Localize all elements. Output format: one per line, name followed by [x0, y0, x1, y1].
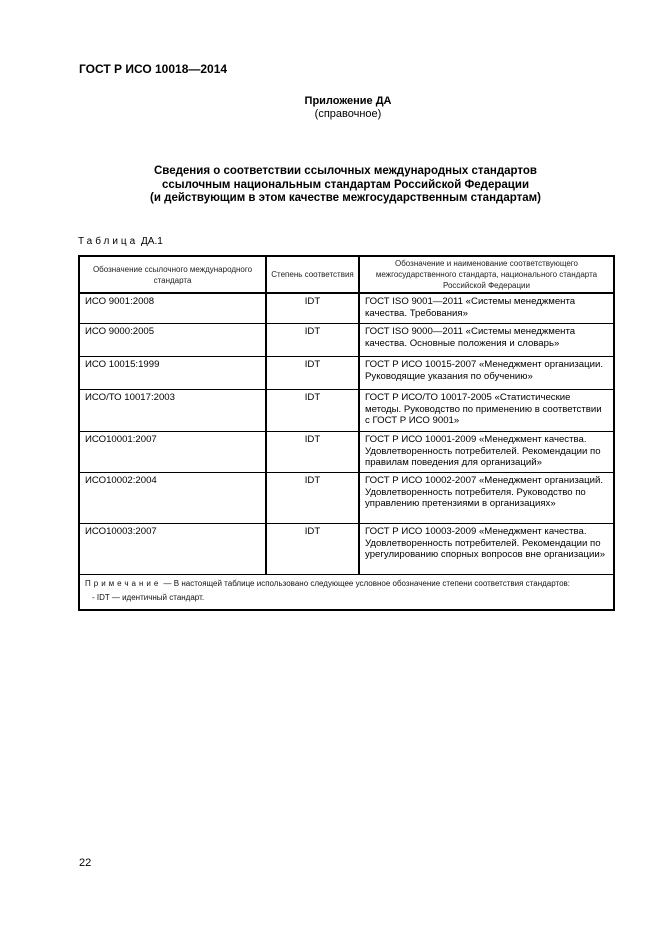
heading-line: Сведения о соответствии ссылочных междун…: [30, 165, 661, 179]
cell-national: ГОСТ Р ИСО/ТО 10017-2005 «Статистические…: [359, 390, 614, 432]
table-row: ИСО10001:2007 IDT ГОСТ Р ИСО 10001-2009 …: [79, 432, 614, 473]
table-row: ИСО/ТО 10017:2003 IDT ГОСТ Р ИСО/ТО 1001…: [79, 390, 614, 432]
note-text-block: Примечание — В настоящей таблице использ…: [85, 578, 608, 589]
column-header-national: Обозначение и наименование соответствующ…: [359, 256, 614, 293]
table-note: Примечание — В настоящей таблице использ…: [79, 575, 614, 611]
table-caption-label: Таблица: [78, 236, 138, 247]
heading-line: (и действующим в этом качестве межгосуда…: [30, 192, 661, 206]
heading-line: ссылочным национальным стандартам Россий…: [30, 179, 661, 193]
table-note-row: Примечание — В настоящей таблице использ…: [79, 575, 614, 611]
cell-degree: IDT: [266, 432, 359, 473]
table-row: ИСО10003:2007 IDT ГОСТ Р ИСО 10003-2009 …: [79, 524, 614, 575]
column-header-reference: Обозначение ссылочного международного ст…: [79, 256, 266, 293]
cell-national: ГОСТ Р ИСО 10001-2009 «Менеджмент качест…: [359, 432, 614, 473]
cell-degree: IDT: [266, 293, 359, 324]
note-dash: —: [161, 579, 173, 588]
table-row: ИСО 10015:1999 IDT ГОСТ Р ИСО 10015-2007…: [79, 357, 614, 390]
cell-reference: ИСО10002:2004: [79, 473, 266, 524]
table-row: ИСО 9001:2008 IDT ГОСТ ISO 9001—2011 «Си…: [79, 293, 614, 324]
cell-degree: IDT: [266, 524, 359, 575]
document-code: ГОСТ Р ИСО 10018—2014: [79, 62, 227, 76]
column-header-degree: Степень соответствия: [266, 256, 359, 293]
table-caption: Таблица ДА.1: [78, 236, 163, 247]
cell-degree: IDT: [266, 357, 359, 390]
note-label: Примечание: [85, 579, 161, 588]
cell-reference: ИСО/ТО 10017:2003: [79, 390, 266, 432]
cell-national: ГОСТ Р ИСО 10015-2007 «Менеджмент органи…: [359, 357, 614, 390]
cell-degree: IDT: [266, 324, 359, 357]
cell-reference: ИСО 9000:2005: [79, 324, 266, 357]
annex-block: Приложение ДА (справочное): [0, 95, 661, 121]
cell-national: ГОСТ ISO 9000—2011 «Системы менеджмента …: [359, 324, 614, 357]
cell-national: ГОСТ Р ИСО 10003-2009 «Менеджмент качест…: [359, 524, 614, 575]
cell-degree: IDT: [266, 473, 359, 524]
cell-reference: ИСО 9001:2008: [79, 293, 266, 324]
table-caption-number: ДА.1: [141, 236, 163, 247]
correspondence-table: Обозначение ссылочного международного ст…: [78, 255, 615, 611]
page-number: 22: [79, 857, 91, 869]
cell-national: ГОСТ ISO 9001—2011 «Системы менеджмента …: [359, 293, 614, 324]
note-text: В настоящей таблице использовано следующ…: [174, 579, 570, 588]
cell-reference: ИСО10003:2007: [79, 524, 266, 575]
table-row: ИСО 9000:2005 IDT ГОСТ ISO 9000—2011 «Си…: [79, 324, 614, 357]
annex-subtitle: (справочное): [0, 108, 661, 121]
section-heading: Сведения о соответствии ссылочных междун…: [0, 165, 661, 206]
table-row: ИСО10002:2004 IDT ГОСТ Р ИСО 10002-2007 …: [79, 473, 614, 524]
cell-reference: ИСО 10015:1999: [79, 357, 266, 390]
note-item: - IDT — идентичный стандарт.: [85, 592, 608, 603]
cell-national: ГОСТ Р ИСО 10002-2007 «Менеджмент органи…: [359, 473, 614, 524]
annex-title: Приложение ДА: [0, 95, 661, 108]
cell-reference: ИСО10001:2007: [79, 432, 266, 473]
table-header-row: Обозначение ссылочного международного ст…: [79, 256, 614, 293]
cell-degree: IDT: [266, 390, 359, 432]
